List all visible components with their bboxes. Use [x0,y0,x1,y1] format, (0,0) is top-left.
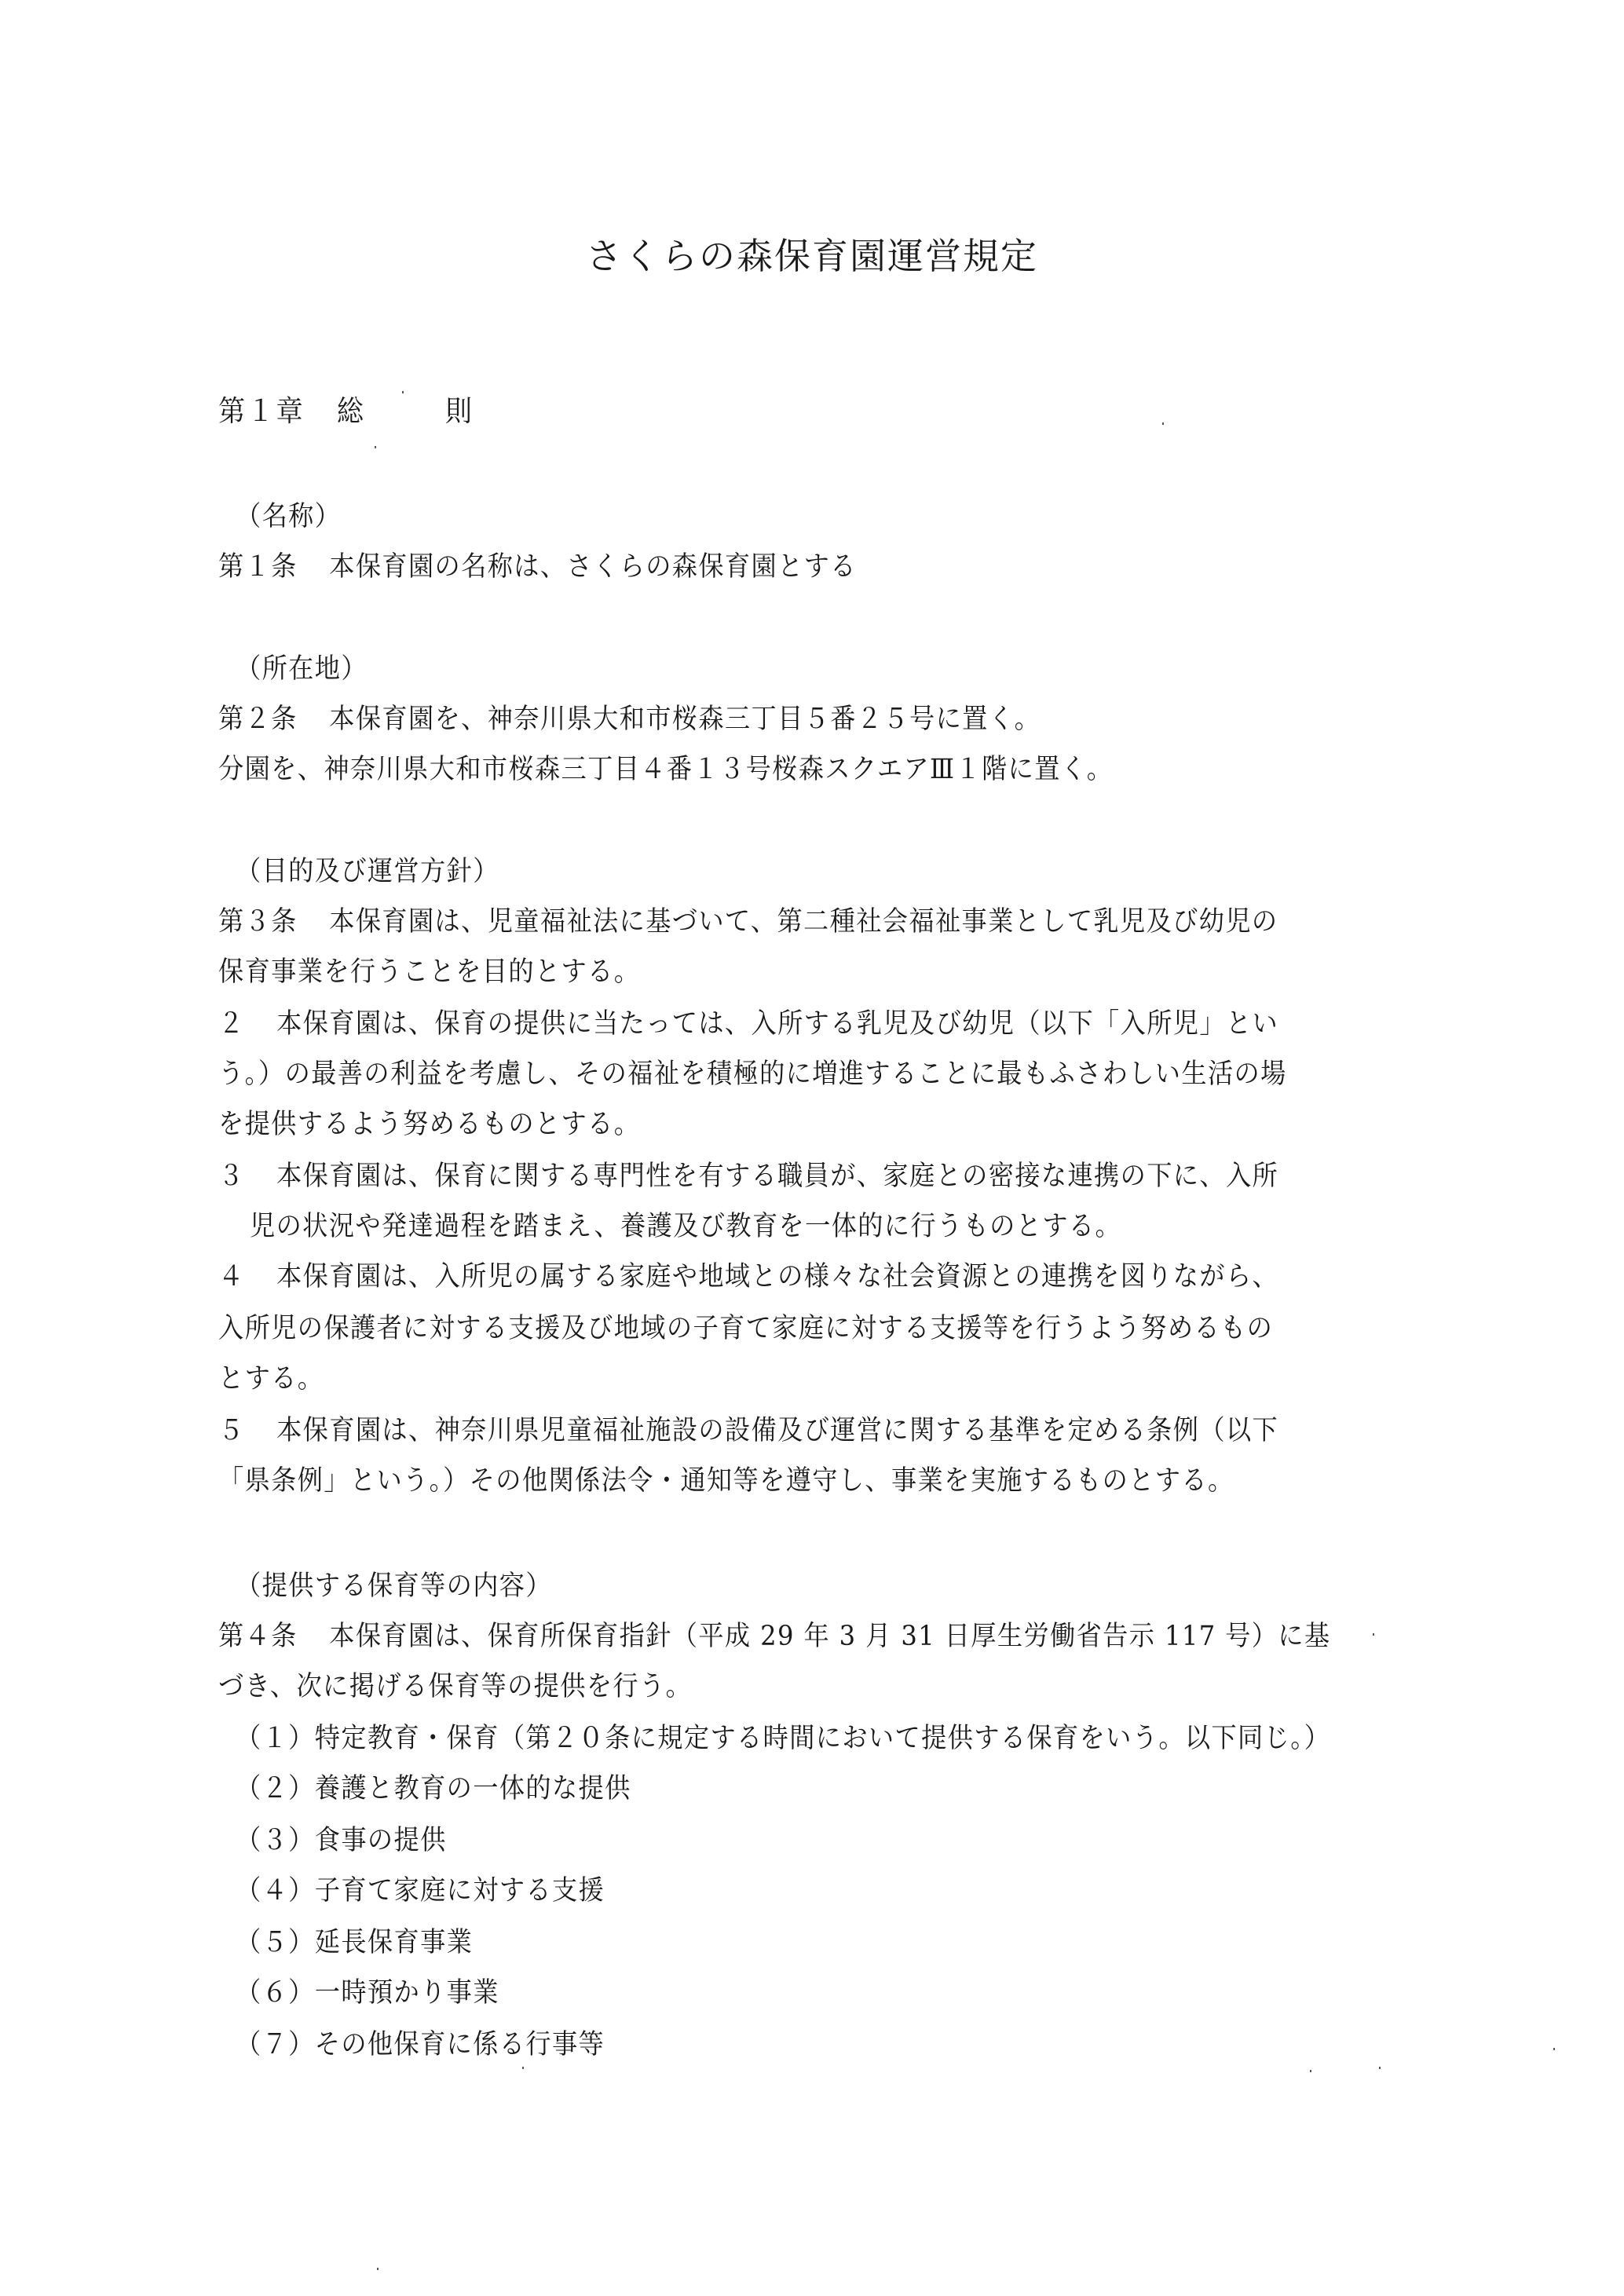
article-caption: （目的及び運営方針） [236,854,499,889]
article-text: 本保育園は、保育に関する専門性を有する職員が、家庭との密接な連携の下に、入所 [276,1161,1278,1192]
article-line: を提供するよう努めるものとする。 [218,1107,640,1142]
list-item-text: 食事の提供 [315,1825,447,1856]
list-item: （２）養護と教育の一体的な提供 [236,1771,631,1806]
article-label: 第４条 [218,1621,298,1652]
list-item-number: （４） [236,1875,315,1907]
list-item: （５）延長保育事業 [236,1925,473,1960]
list-item: （１）特定教育・保育（第２０条に規定する時間において提供する保育をいう。以下同じ… [236,1721,1330,1756]
list-item-number: （５） [236,1927,315,1958]
list-item-text: 一時預かり事業 [315,1977,499,2009]
scan-speck [1379,2067,1381,2069]
list-item-number: （１） [236,1723,315,1754]
list-item-number: （２） [236,1773,315,1804]
article-line: 入所児の保護者に対する支援及び地域の子育て家庭に対する支援等を行うよう努めるもの [218,1311,1273,1346]
list-item-number: （６） [236,1977,315,2009]
article-line: 第２条本保育園を、神奈川県大和市桜森三丁目５番２５号に置く。 [218,702,1041,737]
list-item-number: （３） [236,1825,315,1856]
article-label: 第３条 [218,906,298,938]
list-item-number: （７） [236,2029,315,2060]
list-item-text: その他保育に係る行事等 [315,2029,605,2060]
scan-speck [1373,1633,1374,1636]
article-line: ２本保育園は、保育の提供に当たっては、入所する乳児及び幼児（以下「入所児」とい [218,1007,1278,1041]
scan-speck [402,391,404,393]
article-caption: （名称） [236,499,341,534]
scan-speck [1553,2048,1555,2050]
scan-speck [522,2067,524,2069]
article-line: う。）の最善の利益を考慮し、その福祉を積極的に増進することに最もふさわしい生活の… [218,1057,1287,1091]
scan-speck [1162,422,1164,425]
article-text: 本保育園は、入所児の属する家庭や地域との様々な社会資源との連携を図りながら、 [276,1261,1278,1292]
article-line: 第１条本保育園の名称は、さくらの森保育園とする [218,550,857,584]
article-text: 本保育園は、児童福祉法に基づいて、第二種社会福祉事業として乳児及び幼児の [329,906,1278,938]
scan-speck [1310,2070,1311,2072]
article-text: 本保育園は、保育所保育指針（平成 29 年 3 月 31 日厚生労働省告示 11… [329,1621,1330,1652]
article-text: 本保育園の名称は、さくらの森保育園とする [329,551,857,583]
chapter-heading-part2: 則 [445,394,474,428]
article-caption: （所在地） [236,652,368,686]
article-line: 「県条例」という。）その他関係法令・通知等を遵守し、事業を実施するものとする。 [218,1464,1234,1498]
list-item: （４）子育て家庭に対する支援 [236,1874,605,1908]
chapter-number: 第１章 [218,394,305,428]
list-item: （３）食事の提供 [236,1823,447,1858]
article-line: づき、次に掲げる保育等の提供を行う。 [218,1669,692,1704]
paragraph-number: ４ [218,1261,245,1292]
paragraph-number: ５ [218,1415,245,1446]
scan-speck [375,446,376,448]
article-caption: （提供する保育等の内容） [236,1569,552,1603]
article-line: 第４条本保育園は、保育所保育指針（平成 29 年 3 月 31 日厚生労働省告示… [218,1619,1330,1654]
list-item-text: 養護と教育の一体的な提供 [315,1773,631,1804]
article-text: 本保育園は、神奈川県児童福祉施設の設備及び運営に関する基準を定める条例（以下 [276,1415,1278,1446]
article-line: 第３条本保育園は、児童福祉法に基づいて、第二種社会福祉事業として乳児及び幼児の [218,905,1278,939]
article-line: 保育事業を行うことを目的とする。 [218,955,640,989]
article-line: 児の状況や発達過程を踏まえ、養護及び教育を一体的に行うものとする。 [250,1209,1121,1244]
list-item-text: 延長保育事業 [315,1927,473,1958]
document-page: さくらの森保育園運営規定 第１章総則 （名称） 第１条本保育園の名称は、さくらの… [0,0,1624,2296]
document-title: さくらの森保育園運営規定 [0,232,1624,280]
article-line: 分園を、神奈川県大和市桜森三丁目４番１３号桜森スクエアⅢ１階に置く。 [218,752,1113,787]
article-line: ３本保育園は、保育に関する専門性を有する職員が、家庭との密接な連携の下に、入所 [218,1159,1278,1194]
article-text: 本保育園は、保育の提供に当たっては、入所する乳児及び幼児（以下「入所児」とい [276,1008,1278,1040]
list-item: （６）一時預かり事業 [236,1976,499,2010]
article-text: 本保育園を、神奈川県大和市桜森三丁目５番２５号に置く。 [329,704,1041,735]
list-item: （７）その他保育に係る行事等 [236,2027,605,2062]
article-line: ４本保育園は、入所児の属する家庭や地域との様々な社会資源との連携を図りながら、 [218,1260,1278,1294]
chapter-heading-part1: 総 [337,394,366,428]
chapter-heading: 第１章総則 [218,394,474,429]
article-label: 第１条 [218,551,298,583]
paragraph-number: ２ [218,1008,245,1040]
list-item-text: 特定教育・保育（第２０条に規定する時間において提供する保育をいう。以下同じ。） [315,1723,1331,1754]
article-label: 第２条 [218,704,298,735]
scan-speck [377,2268,379,2270]
article-line: ５本保育園は、神奈川県児童福祉施設の設備及び運営に関する基準を定める条例（以下 [218,1413,1278,1448]
article-line: とする。 [218,1362,324,1396]
list-item-text: 子育て家庭に対する支援 [315,1875,605,1907]
paragraph-number: ３ [218,1161,245,1192]
